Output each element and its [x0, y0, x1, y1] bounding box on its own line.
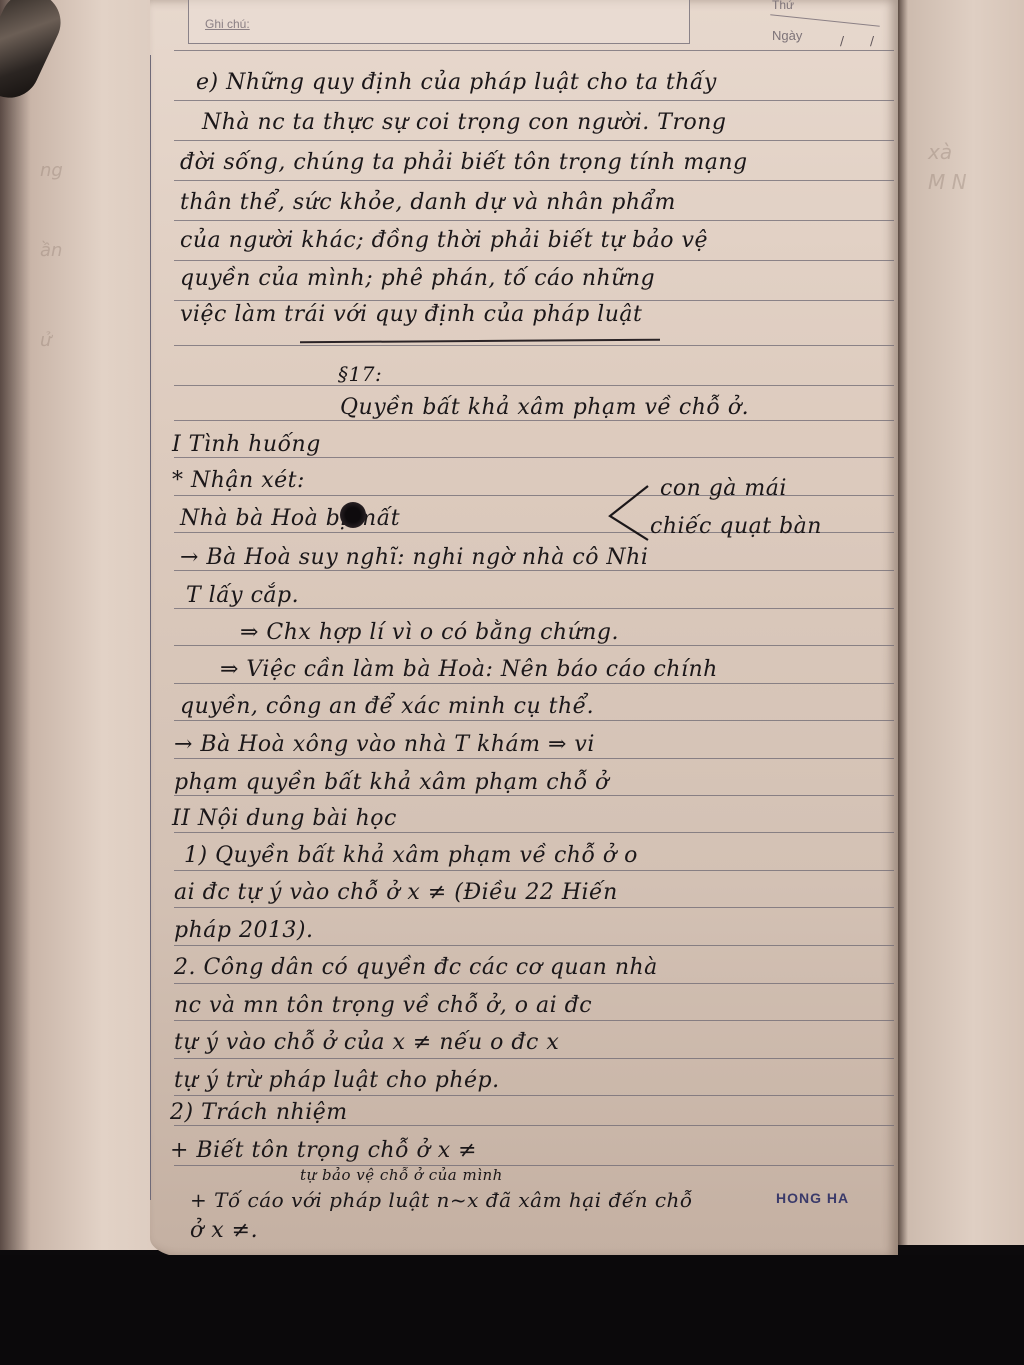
ruled-line [174, 260, 894, 261]
ruled-line [174, 220, 894, 221]
faint-bleed-text: ử [40, 330, 51, 351]
faint-bleed-text: xà [928, 140, 952, 164]
ruled-line [174, 795, 894, 796]
ruled-line [174, 1125, 894, 1126]
handwritten-line: → Bà Hoà xông vào nhà T khám ⇒ vi [174, 732, 595, 757]
handwritten-line: Nhà nc ta thực sự coi trọng con người. T… [202, 110, 726, 135]
handwritten-line: tự ý vào chỗ ở của x ≠ nếu o đc x [174, 1030, 559, 1055]
right-page: xà M N [898, 0, 1024, 1245]
handwritten-line: T lấy cắp. [186, 583, 299, 608]
faint-bleed-text: ng [40, 160, 63, 181]
ruled-line [174, 1095, 894, 1096]
date-rule [770, 14, 880, 26]
ruled-line [174, 100, 894, 101]
ruled-line [174, 720, 894, 721]
handwritten-line: quyền, công an để xác minh cụ thể. [180, 694, 594, 719]
ruled-line [174, 345, 894, 346]
section-heading: 2) Trách nhiệm [170, 1100, 348, 1125]
weekday-label: Thứ [772, 0, 794, 12]
notebook-page: Ghi chú: Thứ Ngày / / e) Những quy định … [150, 0, 898, 1258]
ruled-line [174, 457, 894, 458]
handwritten-line: 1) Quyền bất khả xâm phạm về chỗ ở o [184, 843, 638, 868]
handwritten-line: e) Những quy định của pháp luật cho ta t… [196, 70, 717, 95]
handwritten-line: thân thể, sức khỏe, danh dự và nhân phẩm [180, 190, 676, 215]
faint-bleed-text: M N [928, 170, 967, 194]
ruled-line [174, 870, 894, 871]
handwritten-line: → Bà Hoà suy nghĩ: nghi ngờ nhà cô Nhi [180, 545, 648, 570]
ruled-line [174, 1165, 894, 1166]
margin-line [150, 55, 151, 1200]
ruled-line [174, 832, 894, 833]
ruled-line [174, 645, 894, 646]
brand-stamp: HONG HA [776, 1190, 849, 1206]
handwritten-line: việc làm trái với quy định của pháp luật [180, 302, 642, 327]
handwritten-line: nc và mn tôn trọng về chỗ ở, o ai đc [174, 993, 592, 1018]
ruled-line [174, 945, 894, 946]
lesson-number: §17: [338, 362, 382, 386]
handwritten-line: tự ý trừ pháp luật cho phép. [174, 1068, 500, 1093]
situation-text: Nhà bà Hoà bị mất [180, 506, 400, 531]
scribble-mark [340, 502, 366, 528]
faint-bleed-text: ần [40, 240, 62, 261]
handwritten-line: quyền của mình; phê phán, tố cáo những [180, 266, 655, 291]
handwritten-line: tự bảo vệ chỗ ở của mình [300, 1166, 503, 1184]
ruled-line [174, 140, 894, 141]
ruled-line [174, 907, 894, 908]
situation-option: chiếc quạt bàn [650, 514, 822, 539]
section-heading: II Nội dung bài học [172, 806, 397, 831]
ruled-line [174, 180, 894, 181]
ruled-line [174, 683, 894, 684]
observe-label: * Nhận xét: [172, 468, 305, 493]
note-box: Ghi chú: [188, 0, 690, 44]
handwritten-line: đời sống, chúng ta phải biết tôn trọng t… [180, 150, 748, 175]
handwritten-line: 2. Công dân có quyền đc các cơ quan nhà [174, 955, 658, 980]
handwritten-line: phạm quyền bất khả xâm phạm chỗ ở [174, 770, 609, 795]
ruled-line [174, 420, 894, 421]
date-separator: / [870, 34, 874, 48]
left-page: ng ần ử [0, 0, 170, 1250]
ruled-line [174, 608, 894, 609]
ruled-line [174, 1058, 894, 1059]
section-heading: I Tình huống [172, 432, 321, 457]
ruled-line [174, 300, 894, 301]
branch-brace-icon [606, 482, 650, 542]
ruled-line [174, 758, 894, 759]
date-label: Ngày [772, 28, 802, 43]
handwritten-line: ⇒ Chx hợp lí vì o có bằng chứng. [240, 620, 619, 645]
ruled-line [174, 50, 894, 51]
dark-background [0, 1255, 1024, 1365]
handwritten-line: + Biết tôn trọng chỗ ở x ≠ [170, 1138, 477, 1163]
handwritten-line: pháp 2013). [174, 918, 314, 943]
section-divider [300, 339, 660, 344]
note-label: Ghi chú: [205, 17, 250, 31]
handwritten-line: + Tố cáo với pháp luật n~x đã xâm hại đế… [190, 1188, 693, 1212]
handwritten-line: ở x ≠. [190, 1218, 258, 1243]
handwritten-line: ai đc tự ý vào chỗ ở x ≠ (Điều 22 Hiến [174, 880, 618, 905]
handwritten-line: của người khác; đồng thời phải biết tự b… [180, 228, 708, 253]
handwritten-line: ⇒ Việc cần làm bà Hoà: Nên báo cáo chính [220, 657, 718, 682]
situation-option: con gà mái [660, 476, 787, 501]
lesson-title: Quyền bất khả xâm phạm về chỗ ở. [340, 395, 749, 420]
ruled-line [174, 983, 894, 984]
date-separator: / [840, 34, 844, 48]
ruled-line [174, 570, 894, 571]
ruled-line [174, 385, 894, 386]
ruled-line [174, 1020, 894, 1021]
